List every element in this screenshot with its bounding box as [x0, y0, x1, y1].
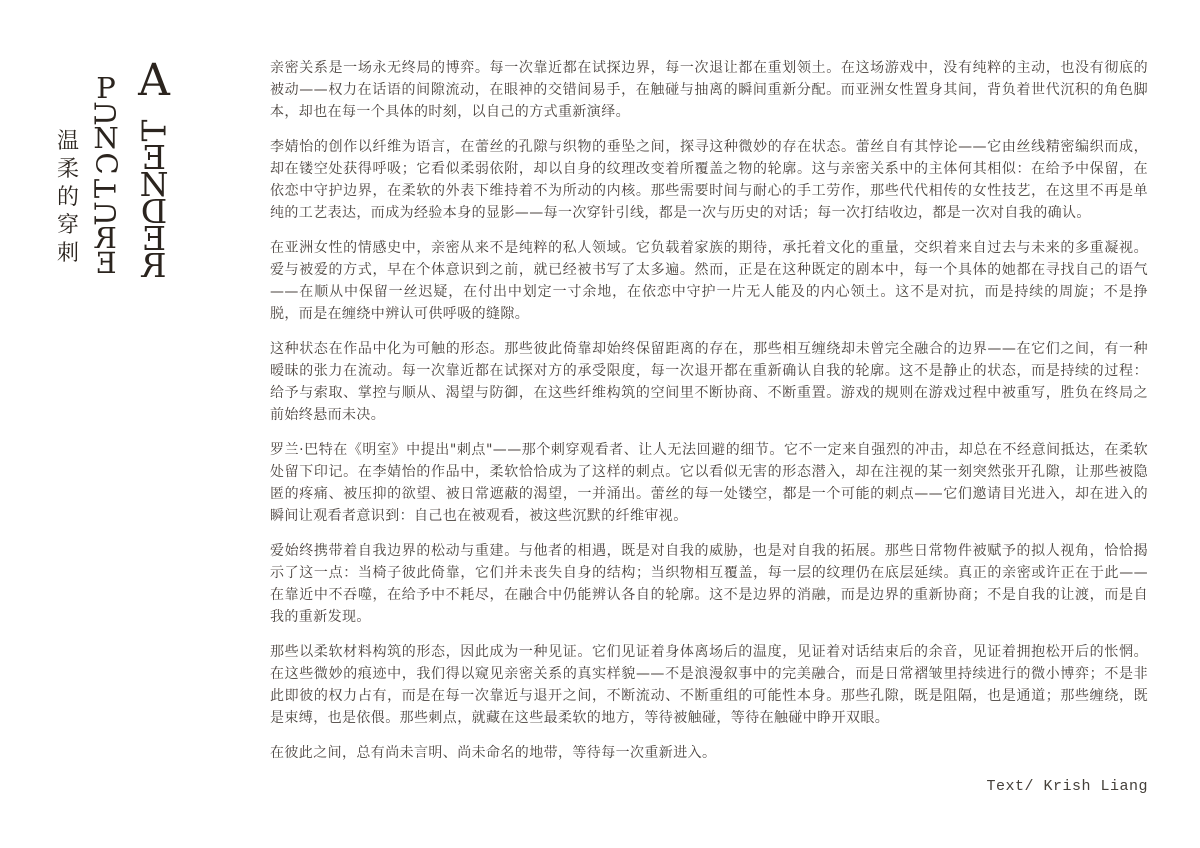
title-letter: U	[94, 92, 119, 136]
paragraph-5: 罗兰·巴特在《明室》中提出"刺点"——那个刺穿观看者、让人无法回避的细节。它不一…	[270, 439, 1148, 527]
paragraph-3: 在亚洲女性的情感史中，亲密从来不是纯粹的私人领域。它负载着家族的期待，承托着文化…	[270, 237, 1148, 325]
title-letter: 刺	[51, 240, 85, 268]
title-letter: R	[130, 252, 178, 279]
title-letter: E	[130, 144, 178, 171]
article-page: 温柔的穿刺 PUNCTURE ATENDER 亲密关系是一场永无终局的博弈。每一…	[0, 0, 1200, 848]
paragraph-4: 这种状态在作品中化为可触的形态。那些彼此倚靠却始终保留距离的存在，那些相互缠绕却…	[270, 338, 1148, 426]
paragraph-8: 在彼此之间，总有尚未言明、尚未命名的地带，等待每一次重新进入。	[270, 742, 1148, 764]
title-letter: 温	[51, 128, 85, 156]
chinese-title: 温柔的穿刺	[51, 128, 85, 268]
paragraph-1: 亲密关系是一场永无终局的博弈。每一次靠近都在试探边界，每一次退让都在重划领土。在…	[270, 57, 1148, 123]
article-body: 亲密关系是一场永无终局的博弈。每一次靠近都在试探边界，每一次退让都在重划领土。在…	[270, 57, 1148, 795]
paragraph-6: 爱始终携带着自我边界的松动与重建。与他者的相遇，既是对自我的威胁，也是对自我的拓…	[270, 540, 1148, 628]
paragraph-7: 那些以柔软材料构筑的形态，因此成为一种见证。它们见证着身体离场后的温度，见证着对…	[270, 641, 1148, 729]
english-title-word-a-tender: ATENDER	[130, 58, 178, 279]
title-letter: 柔	[51, 156, 85, 184]
english-title-word-puncture: PUNCTURE	[84, 76, 128, 276]
title-letter: A	[130, 58, 178, 104]
title-letter: E	[84, 251, 128, 276]
title-letter: 穿	[51, 212, 85, 240]
paragraph-2: 李婧怡的创作以纤维为语言，在蕾丝的孔隙与织物的垂坠之间，探寻这种微妙的存在状态。…	[270, 136, 1148, 224]
author-credit: Text/ Krish Liang	[270, 778, 1148, 795]
title-letter: 的	[51, 184, 85, 212]
